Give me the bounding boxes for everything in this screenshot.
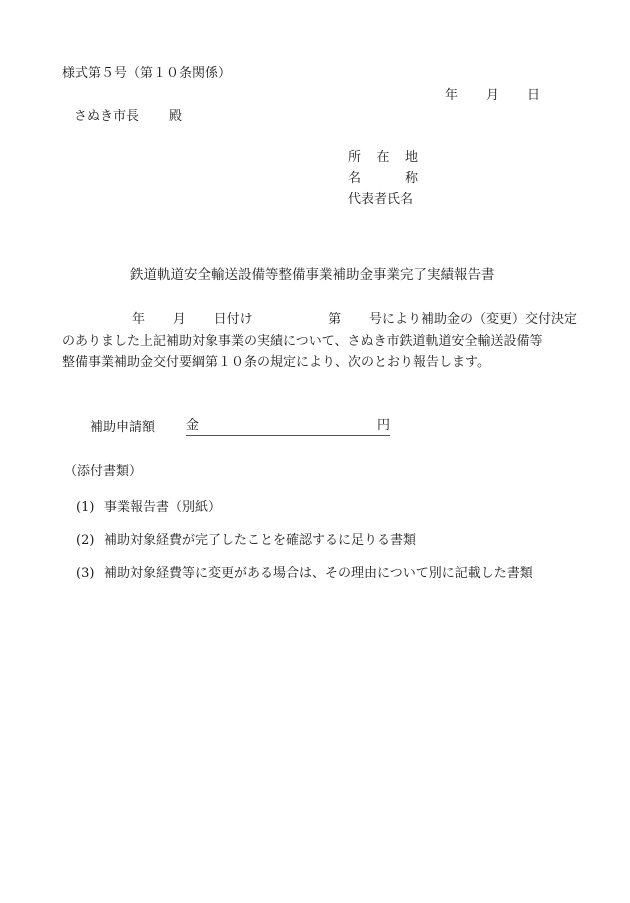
attachments-heading: （添付書類） xyxy=(64,464,142,480)
body-paragraph: 年 月 日付け 第 号により補助金の（変更）交付決定 のありました上記補助対象事… xyxy=(62,312,577,377)
addressee-honorific: 殿 xyxy=(169,109,182,124)
addressee-name: さぬき市長 xyxy=(74,109,139,124)
date-month-label: 月 xyxy=(486,88,499,104)
attachment-item: (2)補助対象経費が完了したことを確認するに足りる書類 xyxy=(76,533,416,549)
body-line-3: 整備事業補助金交付要綱第１０条の規定により、次のとおり報告します。 xyxy=(62,355,577,377)
date-day-label: 日 xyxy=(527,88,540,104)
subsidy-amount-label: 補助申請額 xyxy=(90,420,186,436)
document-title: 鉄道軌道安全輸送設備等整備事業補助金事業完了実績報告書 xyxy=(130,267,495,283)
attachment-item: (3)補助対象経費等に変更がある場合は、その理由について別に記載した書類 xyxy=(76,566,533,582)
subsidy-amount-row: 補助申請額 金 円 xyxy=(90,418,390,436)
date-year-label: 年 xyxy=(445,88,458,104)
date-line: 年月日 xyxy=(445,88,540,104)
form-number: 様式第５号（第１０条関係） xyxy=(62,66,231,82)
amount-suffix: 円 xyxy=(377,418,390,434)
addressee: さぬき市長殿 xyxy=(74,109,182,125)
subsidy-amount-field: 金 円 xyxy=(186,418,390,436)
name-label: 名 称 xyxy=(348,171,418,192)
address-label: 所 在 地 xyxy=(348,150,418,171)
attachment-item: (1)事業報告書（別紙） xyxy=(76,500,221,516)
representative-label: 代表者氏名 xyxy=(348,192,418,213)
body-line-2: のありました上記補助対象事業の実績について、さぬき市鉄道軌道安全輸送設備等 xyxy=(62,334,577,356)
amount-prefix: 金 xyxy=(186,418,199,434)
applicant-block: 所 在 地 名 称 代表者氏名 xyxy=(348,150,418,213)
body-line-1: 年 月 日付け 第 号により補助金の（変更）交付決定 xyxy=(62,312,577,334)
